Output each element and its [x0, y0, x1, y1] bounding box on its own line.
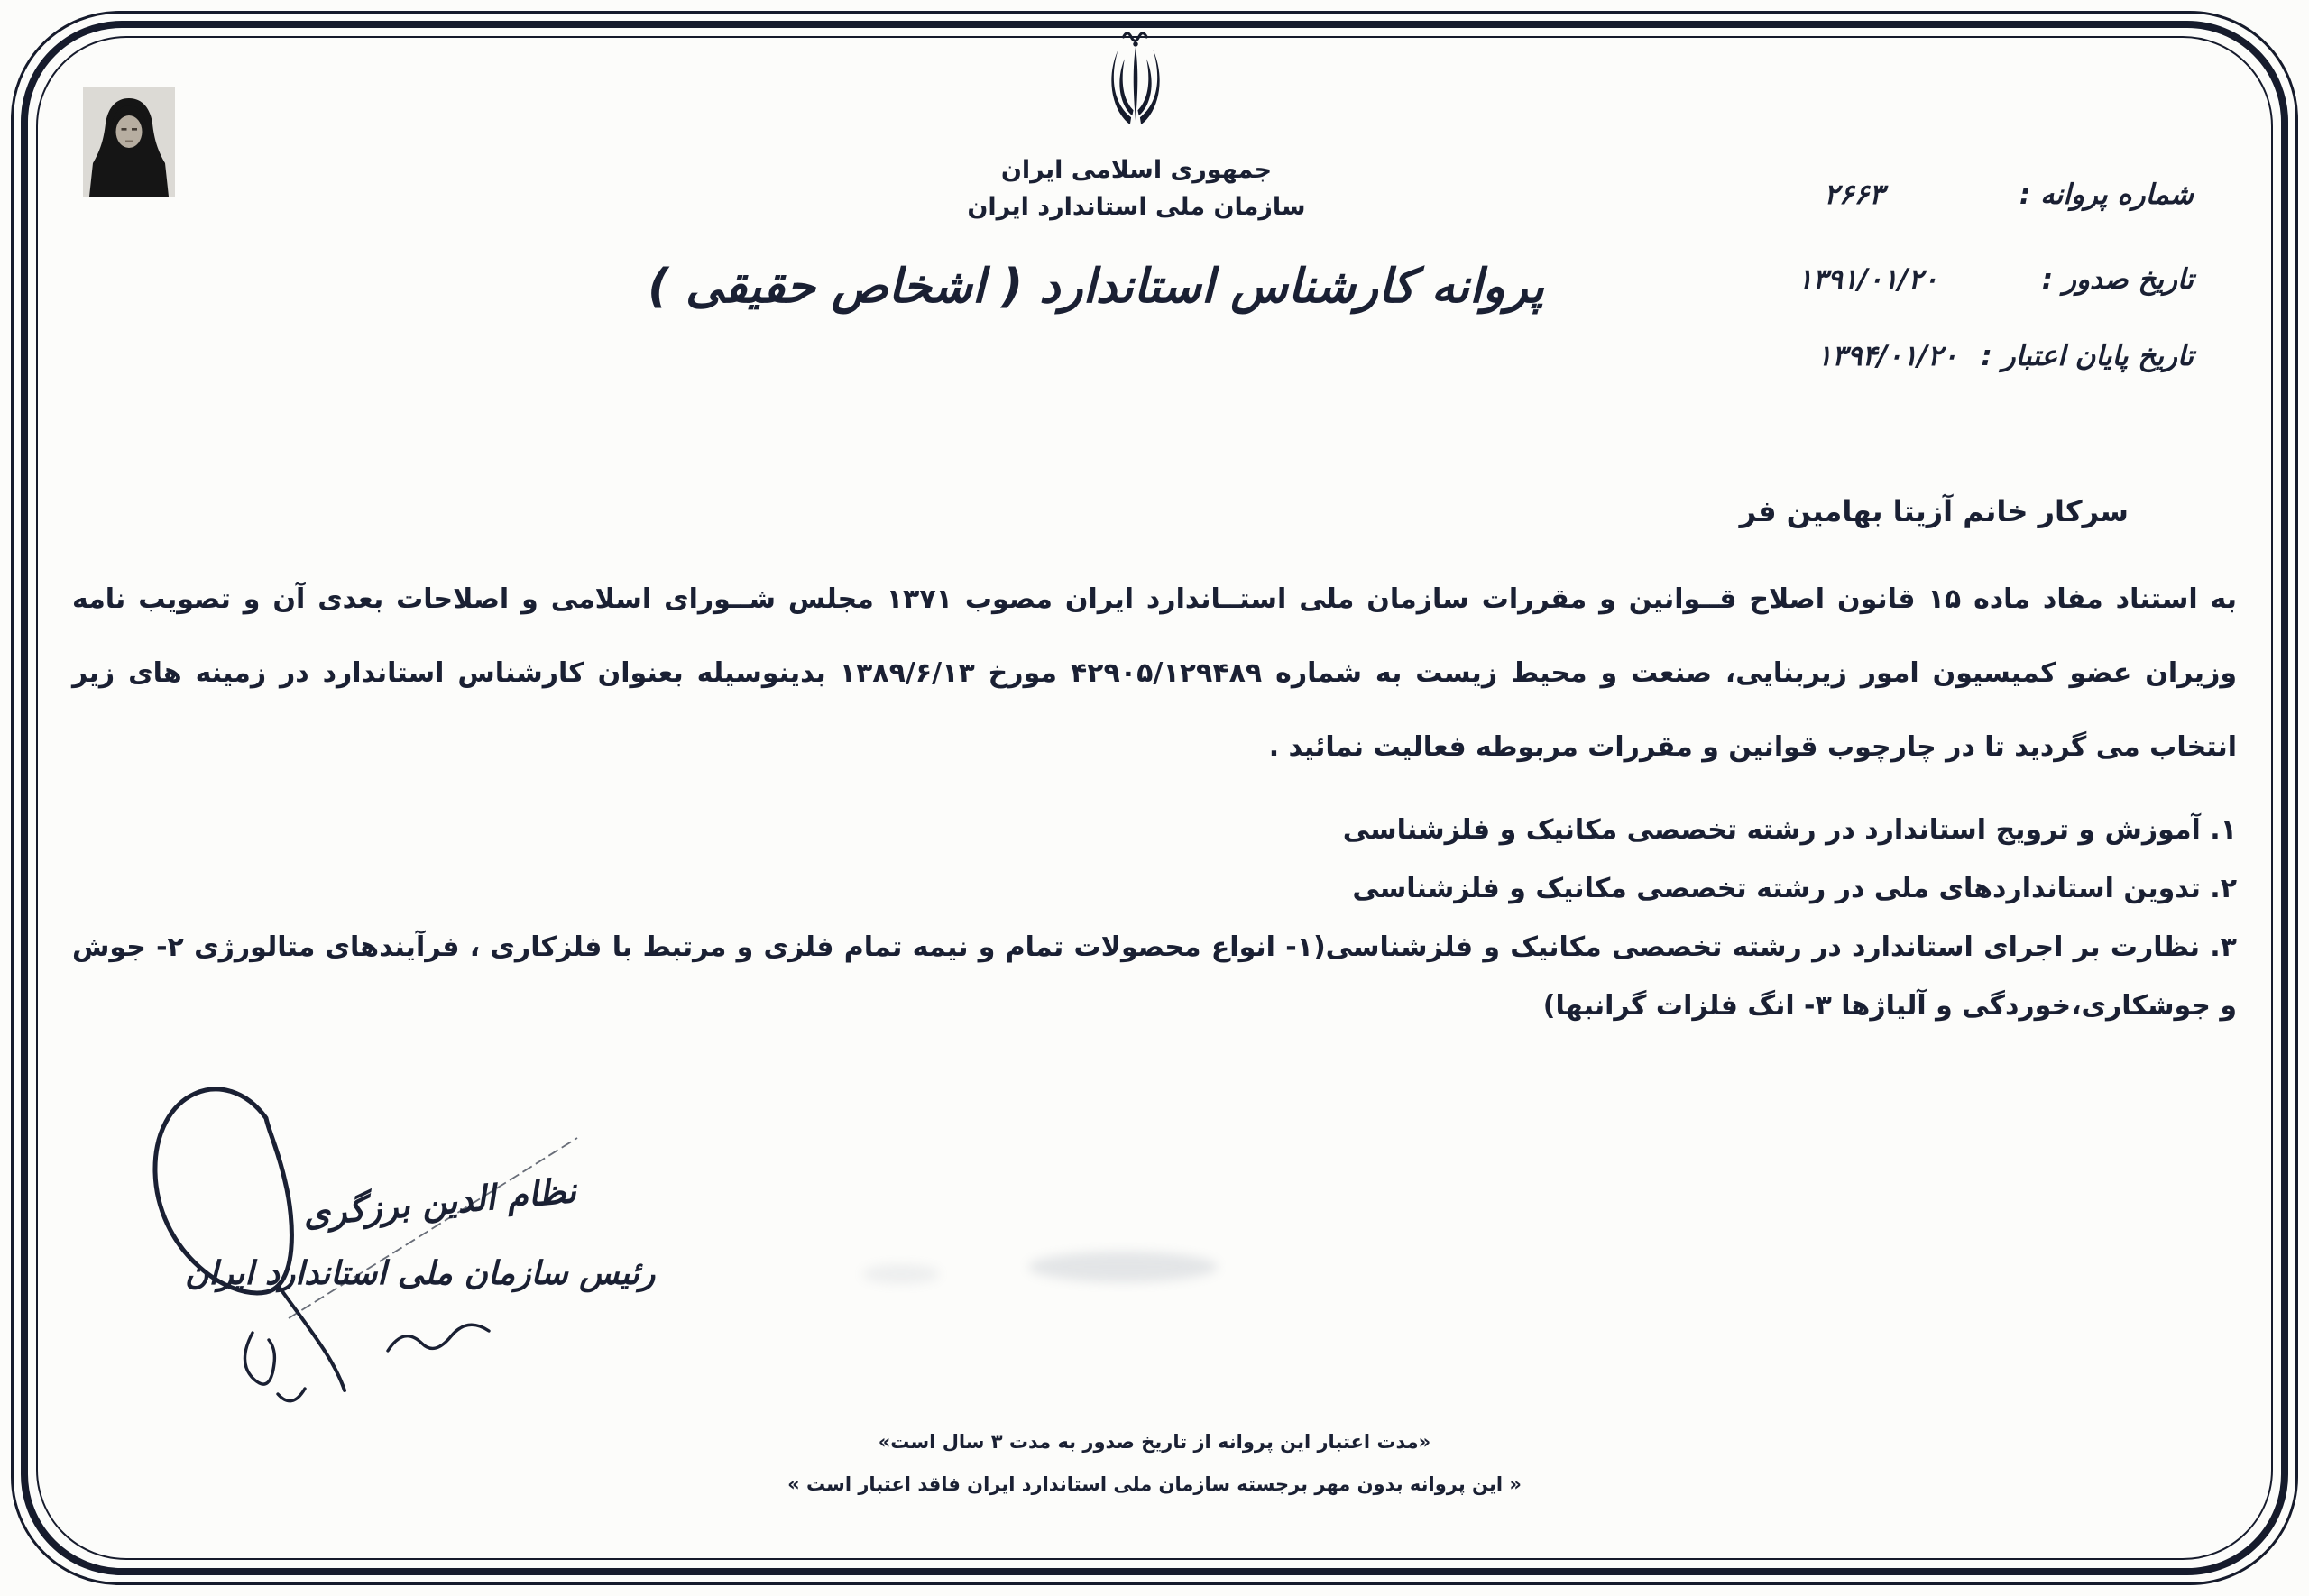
- body-paragraph: به استناد مفاد ماده ۱۵ قانون اصلاح قــوا…: [72, 563, 2237, 784]
- footer-notes: «مدت اعتبار این پروانه از تاریخ صدور به …: [704, 1421, 1605, 1506]
- iran-emblem-icon: [1102, 27, 1169, 132]
- expiry-date-value: ۱۳۹۴/۰۱/۲۰: [1817, 340, 1958, 372]
- country-name: جمهوری اسلامی ایران: [911, 151, 1362, 188]
- scope-item-1: ۱. آموزش و ترویج استاندارد در رشته تخصصی…: [72, 801, 2237, 859]
- handwritten-signature-icon: [117, 1001, 767, 1470]
- expiry-date-row: تاریخ پایان اعتبار : ۱۳۹۴/۰۱/۲۰: [1817, 340, 2194, 372]
- expiry-date-label: تاریخ پایان اعتبار :: [1981, 340, 2194, 372]
- footer-note-seal: « این پروانه بدون مهر برجسته سازمان ملی …: [704, 1463, 1605, 1506]
- issue-date-label: تاریخ صدور :: [2042, 263, 2194, 296]
- license-number-row: شماره پروانه : ۲۶۶۳: [1824, 179, 2194, 211]
- addressee-name: سرکار خانم آزیتا بهامین فر: [72, 494, 2129, 528]
- certificate-title: پروانه کارشناس استاندارد ( اشخاص حقیقی ): [559, 260, 1633, 314]
- portrait-photo: [83, 87, 175, 197]
- issue-date-value: ۱۳۹۱/۰۱/۲۰: [1798, 263, 1938, 296]
- license-number-value: ۲۶۶۳: [1824, 179, 1884, 211]
- scope-list: ۱. آموزش و ترویج استاندارد در رشته تخصصی…: [72, 801, 2237, 1035]
- portrait-silhouette-icon: [83, 87, 175, 197]
- footer-note-validity: «مدت اعتبار این پروانه از تاریخ صدور به …: [704, 1421, 1605, 1463]
- issue-date-row: تاریخ صدور : ۱۳۹۱/۰۱/۲۰: [1798, 263, 2194, 296]
- certificate-page: جمهوری اسلامی ایران سازمان ملی استاندارد…: [0, 0, 2309, 1596]
- faint-stamp-mark: [1028, 1252, 1218, 1282]
- organization-name: سازمان ملی استاندارد ایران: [911, 188, 1362, 225]
- scope-item-2: ۲. تدوین استانداردهای ملی در رشته تخصصی …: [72, 859, 2237, 918]
- certificate-body: سرکار خانم آزیتا بهامین فر به استناد مفا…: [72, 494, 2237, 1035]
- license-number-label: شماره پروانه :: [2019, 179, 2194, 211]
- signatory-role: رئیس سازمان ملی استاندارد ایران: [185, 1255, 655, 1292]
- org-header: جمهوری اسلامی ایران سازمان ملی استاندارد…: [911, 151, 1362, 225]
- faint-stamp-mark: [862, 1264, 940, 1284]
